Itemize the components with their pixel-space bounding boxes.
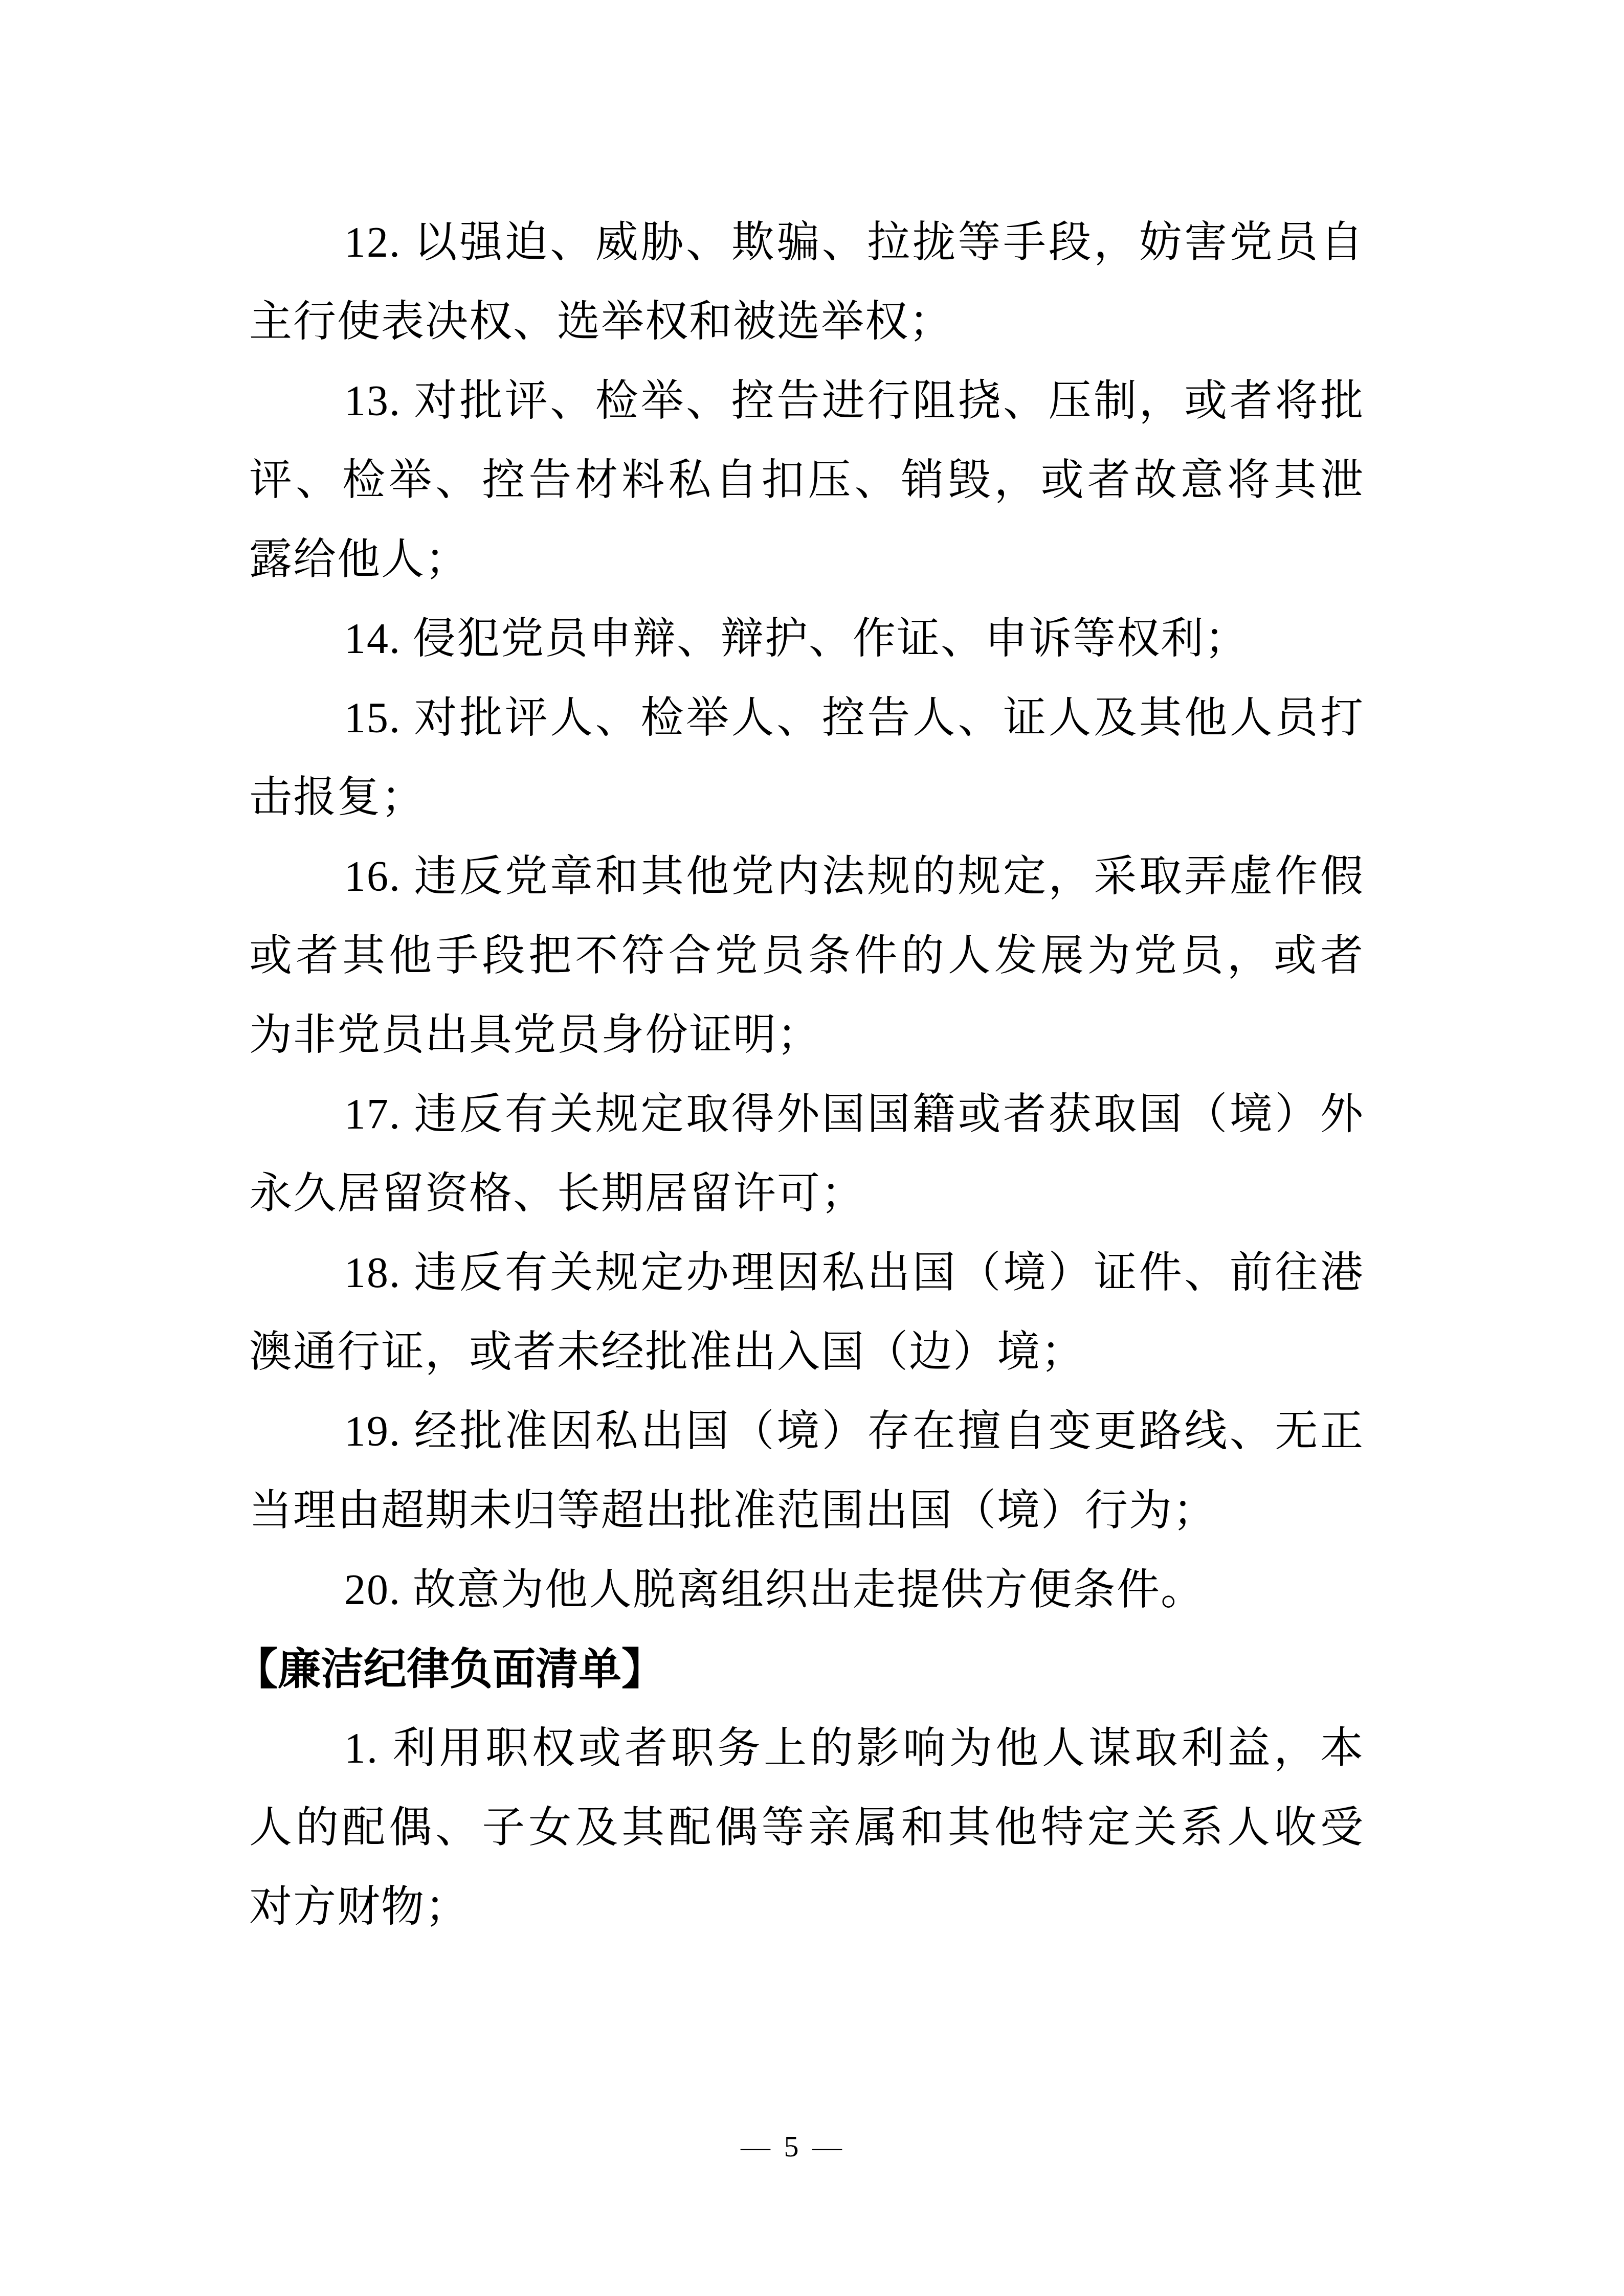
text-line: 或者其他手段把不符合党员条件的人发展为党员，或者: [249, 916, 1364, 996]
text-line: 17. 违反有关规定取得外国国籍或者获取国（境）外: [249, 1075, 1364, 1154]
text-line: 15. 对批评人、检举人、控告人、证人及其他人员打: [249, 679, 1364, 758]
text-line: 16. 违反党章和其他党内法规的规定，采取弄虚作假: [249, 837, 1364, 916]
text-line: 20. 故意为他人脱离组织出走提供方便条件。: [249, 1550, 1364, 1630]
text-line: 对方财物；: [249, 1867, 1364, 1947]
document-page: 12. 以强迫、威胁、欺骗、拉拢等手段，妨害党员自主行使表决权、选举权和被选举权…: [0, 0, 1624, 2296]
text-line: 评、检举、控告材料私自扣压、销毁，或者故意将其泄: [249, 441, 1364, 520]
text-line: 永久居留资格、长期居留许可；: [249, 1154, 1364, 1233]
document-body: 12. 以强迫、威胁、欺骗、拉拢等手段，妨害党员自主行使表决权、选举权和被选举权…: [249, 203, 1364, 1947]
page-number: — 5 —: [0, 2126, 1586, 2167]
text-line: 当理由超期未归等超出批准范围出国（境）行为；: [249, 1471, 1364, 1550]
text-line: 击报复；: [249, 758, 1364, 837]
text-line: 为非党员出具党员身份证明；: [249, 996, 1364, 1075]
text-line: 18. 违反有关规定办理因私出国（境）证件、前往港: [249, 1233, 1364, 1313]
section-heading: 【廉洁纪律负面清单】: [235, 1630, 1364, 1709]
text-line: 1. 利用职权或者职务上的影响为他人谋取利益，本: [249, 1709, 1364, 1788]
text-line: 14. 侵犯党员申辩、辩护、作证、申诉等权利；: [249, 599, 1364, 679]
text-line: 13. 对批评、检举、控告进行阻挠、压制，或者将批: [249, 362, 1364, 441]
text-line: 人的配偶、子女及其配偶等亲属和其他特定关系人收受: [249, 1788, 1364, 1867]
text-line: 19. 经批准因私出国（境）存在擅自变更路线、无正: [249, 1392, 1364, 1471]
text-line: 澳通行证，或者未经批准出入国（边）境；: [249, 1313, 1364, 1392]
text-line: 露给他人；: [249, 520, 1364, 599]
text-line: 12. 以强迫、威胁、欺骗、拉拢等手段，妨害党员自: [249, 203, 1364, 282]
text-line: 主行使表决权、选举权和被选举权；: [249, 282, 1364, 362]
